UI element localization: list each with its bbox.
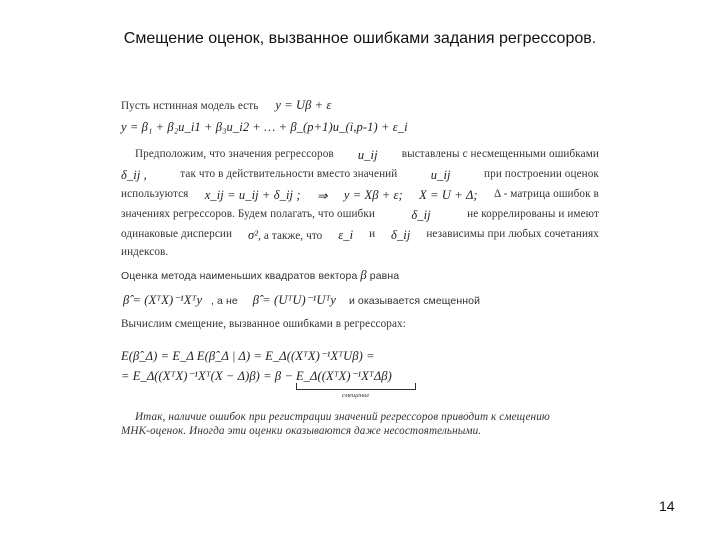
bias-equation-1: E(β̂_Δ) = E_Δ E(β̂_Δ | Δ) = E_Δ((XᵀX)⁻¹X… bbox=[121, 348, 375, 364]
symbol-u-ij: u_ij bbox=[358, 148, 378, 163]
conclusion-line-2: МНК-оценок. Иногда эти оценки оказываютс… bbox=[121, 425, 481, 437]
formula-x-ij: x_ij = u_ij + δ_ij ; bbox=[205, 188, 301, 204]
symbol-u-ij-2: u_ij bbox=[431, 168, 451, 183]
bias-label: смещение bbox=[342, 392, 369, 399]
formula-x-u-delta: X = U + Δ; bbox=[419, 188, 478, 204]
assumption-text-1b: выставлены с несмещенными ошибками bbox=[402, 148, 599, 163]
assumption-line-2: δ_ij , так что в действительности вместо… bbox=[121, 168, 599, 183]
assumption-text-5b: , а также, что bbox=[258, 230, 322, 242]
page-number: 14 bbox=[659, 498, 675, 514]
assumption-text-5d: независимы при любых сочетаниях bbox=[426, 228, 599, 243]
assumption-text-1a: Предположим, что значения регрессоров bbox=[135, 148, 334, 163]
symbol-sigma-squared: σ² bbox=[248, 228, 258, 242]
assumption-text-4b: не коррелированы и имеют bbox=[467, 208, 599, 223]
assumption-line-4: значениях регрессоров. Будем полагать, ч… bbox=[121, 208, 599, 223]
bias-term: E_Δ((XᵀX)⁻¹XᵀΔβ) bbox=[296, 369, 392, 383]
ols-not-text: , а не bbox=[211, 295, 238, 307]
symbol-beta: β bbox=[360, 268, 366, 282]
ols-biased-text: и оказывается смещенной bbox=[349, 295, 480, 307]
ols-intro-text: Оценка метода наименьших квадратов векто… bbox=[121, 270, 357, 282]
model-intro-text: Пусть истинная модель есть bbox=[121, 100, 258, 112]
model-expanded-formula: y = β₁ + β₂u_i1 + β₃u_i2 + … + β_(p+1)u_… bbox=[121, 120, 408, 135]
assumption-line-1: Предположим, что значения регрессоров u_… bbox=[121, 148, 599, 163]
symbol-delta-ij: δ_ij , bbox=[121, 168, 147, 183]
symbol-epsilon-i: ε_i bbox=[338, 228, 353, 243]
assumption-line-3: используются x_ij = u_ij + δ_ij ; ⇒ y = … bbox=[121, 188, 599, 204]
symbol-delta-ij-2: δ_ij bbox=[411, 208, 430, 223]
symbol-delta-ij-3: δ_ij bbox=[391, 228, 410, 243]
assumption-line-5: одинаковые дисперсии σ², а также, что ε_… bbox=[121, 228, 599, 243]
conclusion-line-1: Итак, наличие ошибок при регистрации зна… bbox=[135, 411, 550, 423]
assumption-text-3a: используются bbox=[121, 188, 188, 204]
implies-arrow-icon: ⇒ bbox=[317, 188, 328, 204]
assumption-text-4a: значениях регрессоров. Будем полагать, ч… bbox=[121, 208, 375, 223]
ols-intro-line: Оценка метода наименьших квадратов векто… bbox=[121, 268, 399, 283]
ols-intro-text-b: равна bbox=[370, 270, 399, 282]
ols-estimate-u-formula: β̂ = (UᵀU)⁻¹Uᵀy bbox=[253, 293, 336, 307]
bias-equation-2: = E_Δ((XᵀX)⁻¹Xᵀ(X − Δ)β) = β − E_Δ((XᵀX)… bbox=[121, 368, 392, 384]
assumption-line-6: индексов. bbox=[121, 246, 168, 258]
true-model-formula: y = Uβ + ε bbox=[275, 98, 331, 112]
ols-formula-line: β̂ = (XᵀX)⁻¹Xᵀy , а не β̂ = (UᵀU)⁻¹Uᵀy и… bbox=[123, 292, 480, 308]
bias-term-formula: E_Δ((XᵀX)⁻¹XᵀΔβ) bbox=[296, 369, 392, 383]
ols-estimate-x-formula: β̂ = (XᵀX)⁻¹Xᵀy bbox=[123, 293, 202, 307]
formula-y-x-beta: y = Xβ + ε; bbox=[344, 188, 403, 204]
assumption-text-5a: одинаковые дисперсии bbox=[121, 228, 232, 243]
bias-intro-line: Вычислим смещение, вызванное ошибками в … bbox=[121, 318, 406, 330]
slide-title: Смещение оценок, вызванное ошибками зада… bbox=[0, 30, 720, 48]
underbrace bbox=[296, 383, 416, 390]
assumption-text-3b: Δ - матрица ошибок в bbox=[494, 188, 599, 204]
assumption-text-2b: при построении оценок bbox=[484, 168, 599, 183]
assumption-text-5c: и bbox=[369, 228, 375, 243]
model-intro-line: Пусть истинная модель есть y = Uβ + ε bbox=[121, 98, 331, 113]
assumption-text-2a: так что в действительности вместо значен… bbox=[180, 168, 397, 183]
bias-equation-2a: = E_Δ((XᵀX)⁻¹Xᵀ(X − Δ)β) = β − bbox=[121, 369, 293, 383]
